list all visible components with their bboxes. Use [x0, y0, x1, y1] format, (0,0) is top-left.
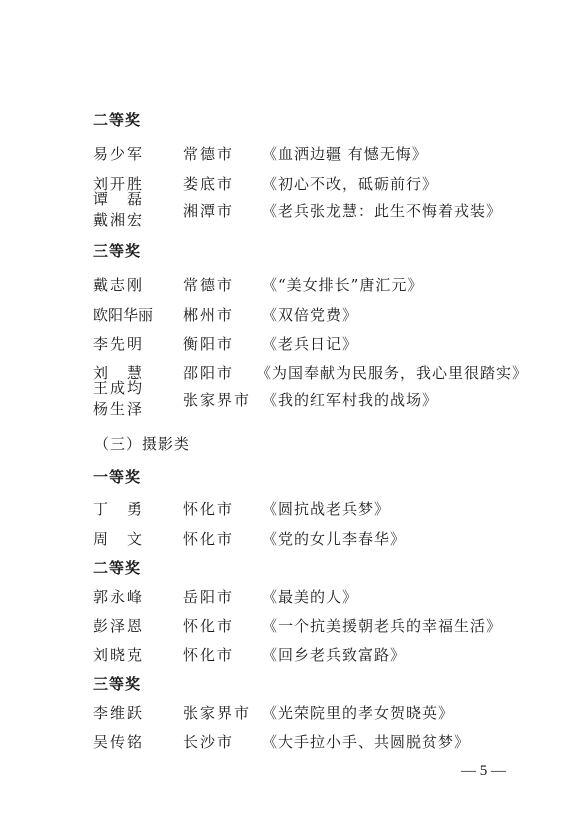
winner-city: 怀化市 — [183, 498, 234, 519]
award-row: 欧阳华丽 郴州市 《双倍党费》 — [0, 304, 582, 326]
winner-city: 常德市 — [183, 274, 234, 295]
award-row: 戴志刚 常德市 《“美女排长”唐汇元》 — [0, 274, 582, 296]
award-row-two-names: 谭 磊 戴湘宏 湘潭市 《老兵张龙慧：此生不悔着戎装》 — [0, 189, 582, 233]
winner-city: 郴州市 — [183, 304, 234, 325]
work-title: 《血洒边疆 有憾无悔》 — [262, 143, 428, 164]
award-row: 吴传铭 长沙市 《大手拉小手、共圆脱贫梦》 — [0, 731, 582, 753]
winner-city: 衡阳市 — [183, 333, 234, 354]
winner-name: 周 文 — [93, 528, 144, 549]
work-title: 《党的女儿李春华》 — [262, 528, 406, 549]
winner-name: 李先明 — [93, 333, 144, 354]
winner-names: 谭 磊 戴湘宏 — [93, 189, 144, 231]
prize-heading-first: 一等奖 — [93, 466, 141, 487]
work-title: 《“美女排长”唐汇元》 — [262, 274, 423, 295]
award-row-two-names: 王成均 杨生泽 张家界市 《我的红军村我的战场》 — [0, 378, 582, 422]
winner-name: 易少军 — [93, 143, 144, 164]
winner-city: 怀化市 — [183, 615, 234, 636]
document-page: 二等奖 易少军 常德市 《血洒边疆 有憾无悔》 刘开胜 娄底市 《初心不改，砥砺… — [0, 0, 582, 823]
work-title: 《圆抗战老兵梦》 — [262, 498, 390, 519]
winner-name: 戴湘宏 — [93, 210, 144, 231]
award-row: 彭泽恩 怀化市 《一个抗美援朝老兵的幸福生活》 — [0, 615, 582, 637]
award-row: 易少军 常德市 《血洒边疆 有憾无悔》 — [0, 143, 582, 165]
winner-city: 岳阳市 — [183, 586, 234, 607]
award-row: 刘晓克 怀化市 《回乡老兵致富路》 — [0, 644, 582, 666]
winner-name: 郭永峰 — [93, 586, 144, 607]
winner-name: 戴志刚 — [93, 274, 144, 295]
work-title: 《老兵张龙慧：此生不悔着戎装》 — [262, 200, 502, 221]
work-title: 《最美的人》 — [262, 586, 358, 607]
winner-name: 欧阳华丽 — [93, 304, 153, 325]
category-title-photography: （三）摄影类 — [94, 433, 190, 454]
award-row: 郭永峰 岳阳市 《最美的人》 — [0, 586, 582, 608]
winner-city: 常德市 — [183, 143, 234, 164]
prize-heading-second: 二等奖 — [93, 557, 141, 578]
winner-name: 李维跃 — [93, 702, 144, 723]
work-title: 《老兵日记》 — [262, 333, 358, 354]
work-title: 《光荣院里的孝女贺晓英》 — [262, 702, 454, 723]
winner-city: 怀化市 — [183, 644, 234, 665]
winner-name: 谭 磊 — [93, 189, 144, 210]
prize-heading-third: 三等奖 — [93, 673, 141, 694]
award-row: 李先明 衡阳市 《老兵日记》 — [0, 333, 582, 355]
page-number: — 5 — — [461, 763, 506, 780]
award-row: 周 文 怀化市 《党的女儿李春华》 — [0, 528, 582, 550]
winner-city: 张家界市 — [183, 389, 251, 410]
winner-city: 张家界市 — [183, 702, 251, 723]
work-title: 《双倍党费》 — [262, 304, 358, 325]
prize-heading-second: 二等奖 — [93, 109, 141, 130]
winner-city: 湘潭市 — [183, 200, 234, 221]
prize-heading-third: 三等奖 — [93, 240, 141, 261]
work-title: 《我的红军村我的战场》 — [262, 389, 438, 410]
award-row: 丁 勇 怀化市 《圆抗战老兵梦》 — [0, 498, 582, 520]
winner-name: 吴传铭 — [93, 731, 144, 752]
winner-names: 王成均 杨生泽 — [93, 378, 144, 420]
award-row: 李维跃 张家界市 《光荣院里的孝女贺晓英》 — [0, 702, 582, 724]
winner-name: 杨生泽 — [93, 399, 144, 420]
winner-name: 王成均 — [93, 378, 144, 399]
winner-name: 彭泽恩 — [93, 615, 144, 636]
winner-city: 怀化市 — [183, 528, 234, 549]
winner-name: 丁 勇 — [93, 498, 144, 519]
work-title: 《回乡老兵致富路》 — [262, 644, 406, 665]
work-title: 《一个抗美援朝老兵的幸福生活》 — [262, 615, 502, 636]
work-title: 《大手拉小手、共圆脱贫梦》 — [262, 731, 470, 752]
winner-city: 长沙市 — [183, 731, 234, 752]
winner-name: 刘晓克 — [93, 644, 144, 665]
